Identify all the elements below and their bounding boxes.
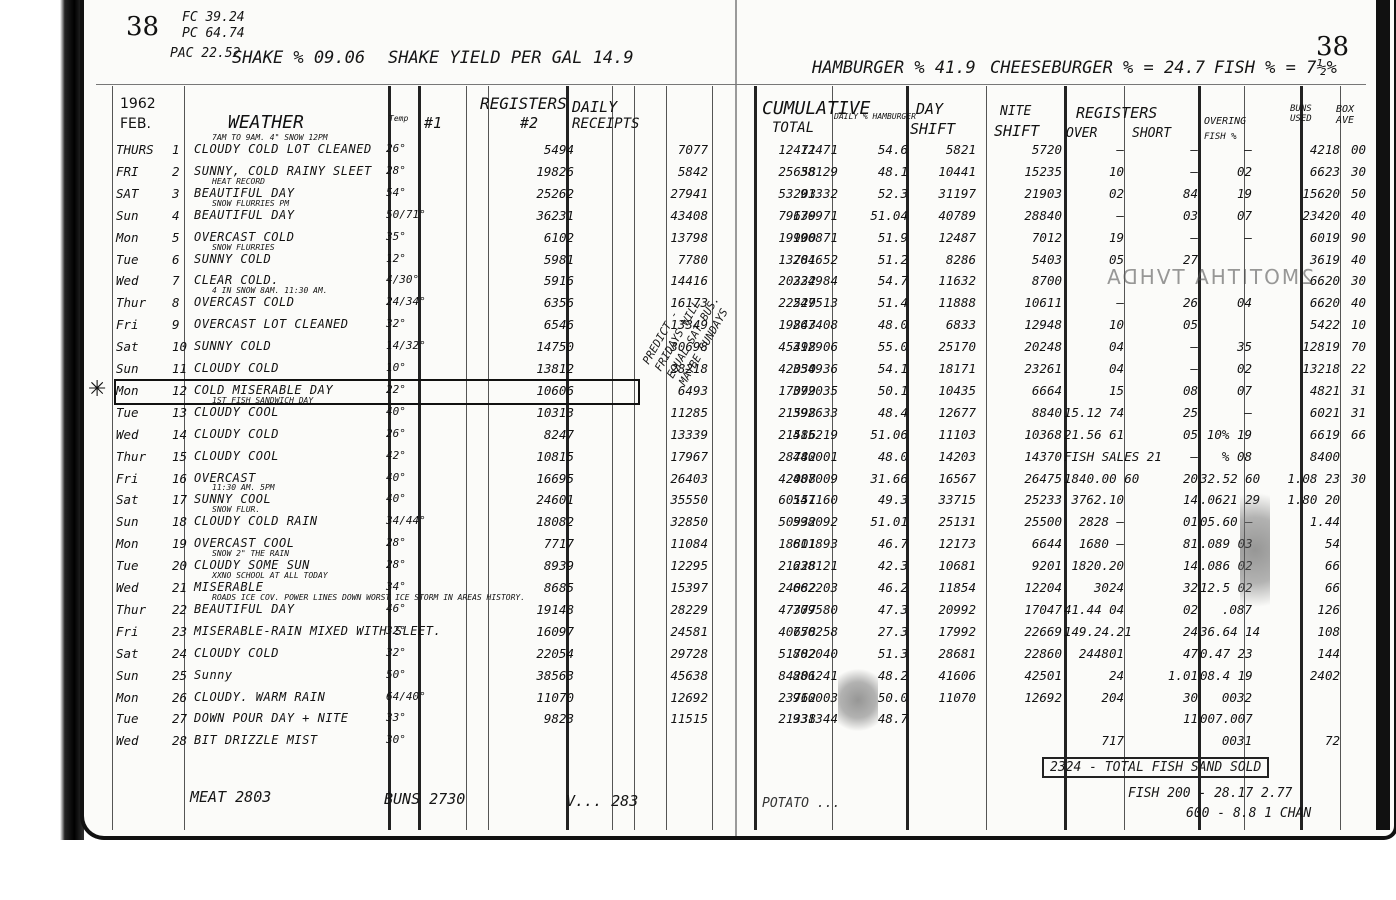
day-header: DAY xyxy=(916,100,943,118)
weather-annotation: HEAT RECORD xyxy=(212,177,265,186)
cell-short: 47 xyxy=(1138,646,1198,661)
cell-cum: 910003 xyxy=(768,690,838,705)
cheeseburger-pct-note: CHEESEBURGER % = 24.7 xyxy=(990,58,1205,78)
cell-over: 244801 xyxy=(1064,646,1124,661)
cell-buns: 54 xyxy=(1286,536,1340,551)
weather-annotation: 7AM TO 9AM. 4" SNOW 12PM xyxy=(212,133,328,142)
cell-r1: 9823 xyxy=(506,711,574,726)
cell-box: 50 xyxy=(1338,186,1366,201)
cell-short: 25 xyxy=(1138,405,1198,420)
cell-nite: 15235 xyxy=(994,164,1062,179)
cell-cum: 931344 xyxy=(768,711,838,726)
cell-temp: 34/44° xyxy=(386,514,416,527)
ledger-row: Mon5OVERCAST COLD35°61021379819900190871… xyxy=(100,230,1360,252)
cell-short: 30 xyxy=(1138,690,1198,705)
cell-box: 10 xyxy=(1338,317,1366,332)
cell-dayshift: 31197 xyxy=(910,186,976,201)
cell-hpct: 51.4 xyxy=(848,295,908,310)
cell-r2: 13798 xyxy=(624,230,708,245)
cell-weather: MISERABLE xyxy=(194,580,484,594)
cell-hpct: 46.7 xyxy=(848,536,908,551)
cell-nite: 25500 xyxy=(994,514,1062,529)
ledger-row: Tue13CLOUDY COOL40°103131128521598392633… xyxy=(100,405,1360,427)
cell-date: 18 xyxy=(172,514,192,529)
cell-weather: SUNNY, COLD RAINY SLEET xyxy=(194,164,484,178)
cell-buns: 6620 xyxy=(1286,295,1340,310)
cell-nite: 26475 xyxy=(994,471,1062,486)
cell-cum: 415219 xyxy=(768,427,838,442)
cell-r1: 24601 xyxy=(506,492,574,507)
cell-cum: 802040 xyxy=(768,646,838,661)
cell-date: 25 xyxy=(172,668,192,683)
cell-nite: 22669 xyxy=(994,624,1062,639)
ledger-row: Sat24CLOUDY COLD32°220542972851782802040… xyxy=(100,646,1360,668)
cell-nite: 21903 xyxy=(994,186,1062,201)
cell-weather: OVERCAST COLD xyxy=(194,295,484,309)
cell-nite: 42501 xyxy=(994,668,1062,683)
cell-fish: 007.007 xyxy=(1200,711,1252,726)
cell-hpct: 54.1 xyxy=(848,361,908,376)
cell-over: 149.24.21 xyxy=(1064,624,1124,639)
cell-r1: 8247 xyxy=(506,427,574,442)
cell-day: Sat xyxy=(116,492,172,507)
cell-weather: DOWN POUR DAY + NITE xyxy=(194,711,484,725)
cell-r1: 16097 xyxy=(506,624,574,639)
cell-fish: 02 xyxy=(1200,361,1252,376)
fish-note-1: FISH 200 - 28.17 2.77 xyxy=(1128,786,1292,801)
cell-day: Wed xyxy=(116,427,172,442)
cell-temp: 28° xyxy=(386,164,416,177)
cell-over: 1820.20 xyxy=(1064,558,1124,573)
month-label: FEB. xyxy=(120,116,151,132)
ledger-row: Wed14CLOUDY COLD26°824713339215864152195… xyxy=(100,427,1360,449)
cell-hpct: 51.04 xyxy=(848,208,908,223)
cell-date: 20 xyxy=(172,558,192,573)
cell-r1: 10815 xyxy=(506,449,574,464)
cell-fish: 35 xyxy=(1200,339,1252,354)
weather-annotation: SNOW FLUR. xyxy=(212,505,260,514)
cell-r2: 5842 xyxy=(624,164,708,179)
cell-cum: 312906 xyxy=(768,339,838,354)
cell-r1: 5981 xyxy=(506,252,574,267)
cell-over: 3024 xyxy=(1064,580,1124,595)
cell-dayshift: 33715 xyxy=(910,492,976,507)
cell-short: — xyxy=(1138,339,1198,354)
cell-nite: 14370 xyxy=(994,449,1062,464)
left-page-number: 38 xyxy=(126,12,159,42)
cell-box: 00 xyxy=(1338,142,1366,157)
fish-pct-header: FISH % xyxy=(1204,132,1237,142)
ledger-row: Fri23MISERABLE-RAIN MIXED WITH SLEET.32°… xyxy=(100,624,1360,646)
overing-header: OVERING xyxy=(1204,116,1246,127)
cell-over: 10 xyxy=(1064,317,1124,332)
cell-r1: 5916 xyxy=(506,273,574,288)
cell-weather: CLOUDY COOL xyxy=(194,405,484,419)
cell-over: 1680 — xyxy=(1064,536,1124,551)
fish-pct-note: FISH % = 7½% xyxy=(1214,58,1337,78)
cell-cum: 91332 xyxy=(768,186,838,201)
ledger-row: Sun4BEAUTIFUL DAY50/71°36231434087963917… xyxy=(100,208,1360,230)
cell-day: Sun xyxy=(116,361,172,376)
cell-weather: CLOUDY COLD xyxy=(194,646,484,660)
cell-temp: 35° xyxy=(386,230,416,243)
cell-cum: 547160 xyxy=(768,492,838,507)
total-fish-sandwich-note: 2324 - TOTAL FISH SAND SOLD xyxy=(1042,757,1269,778)
cell-date: 21 xyxy=(172,580,192,595)
cell-r1: 19826 xyxy=(506,164,574,179)
ledger-row: Sun25Sunny50°38563456388420188624148.241… xyxy=(100,668,1360,690)
year-label: 1962 xyxy=(120,96,156,112)
cell-cum: 487009 xyxy=(768,471,838,486)
cell-r2: 11515 xyxy=(624,711,708,726)
cell-hpct: 46.2 xyxy=(848,580,908,595)
cell-short: 14 xyxy=(1138,558,1198,573)
cell-buns: 1.44 xyxy=(1286,514,1340,529)
cell-r1: 18082 xyxy=(506,514,574,529)
cell-temp: 40° xyxy=(386,471,416,484)
cell-nite: 5403 xyxy=(994,252,1062,267)
cell-hpct: 50.1 xyxy=(848,383,908,398)
cell-fish: — xyxy=(1200,405,1252,420)
cell-over: — xyxy=(1064,208,1124,223)
cell-over: 41.44 04 xyxy=(1064,602,1124,617)
cell-temp: 12° xyxy=(386,252,416,265)
cell-r1: 5494 xyxy=(506,142,574,157)
cell-r1: 22054 xyxy=(506,646,574,661)
cell-cum: 247513 xyxy=(768,295,838,310)
cell-day: Mon xyxy=(116,536,172,551)
cell-buns: 6623 xyxy=(1286,164,1340,179)
cell-dayshift: 5821 xyxy=(910,142,976,157)
cell-buns: 4821 xyxy=(1286,383,1340,398)
cell-nite: 28840 xyxy=(994,208,1062,223)
cell-nite: 12204 xyxy=(994,580,1062,595)
cell-r1: 36231 xyxy=(506,208,574,223)
cell-temp: 50/71° xyxy=(386,208,416,221)
cell-short: — xyxy=(1138,361,1198,376)
cell-r2: 13339 xyxy=(624,427,708,442)
weather-annotation: 4 IN SNOW 8AM. 11:30 AM. xyxy=(212,286,328,295)
cell-temp: 4/30° xyxy=(386,273,416,286)
cell-short: 14 xyxy=(1138,492,1198,507)
cell-over: 24 xyxy=(1064,668,1124,683)
nite-shift-header: SHIFT xyxy=(994,122,1039,140)
cell-r2: 32850 xyxy=(624,514,708,529)
cell-dayshift: 16567 xyxy=(910,471,976,486)
cell-temp: 14/32° xyxy=(386,339,416,352)
cell-r2: 27941 xyxy=(624,186,708,201)
cell-date: 24 xyxy=(172,646,192,661)
cell-box: 30 xyxy=(1338,471,1366,486)
cell-buns: 2402 xyxy=(1286,668,1340,683)
nite-header: NITE xyxy=(1000,104,1031,119)
weather-annotation: SNOW 2" THE RAIN xyxy=(212,549,289,558)
cell-cum: 638121 xyxy=(768,558,838,573)
cell-hpct: 42.3 xyxy=(848,558,908,573)
receipts-header: RECEIPTS xyxy=(572,116,639,132)
cell-day: THURS xyxy=(116,142,172,157)
cell-hpct: 51.01 xyxy=(848,514,908,529)
cell-day: Fri xyxy=(116,624,172,639)
cell-day: Sun xyxy=(116,208,172,223)
cell-r1: 11070 xyxy=(506,690,574,705)
cell-weather: SUNNY COLD xyxy=(194,252,484,266)
cell-date: 5 xyxy=(172,230,192,245)
cell-r2: 17967 xyxy=(624,449,708,464)
cell-fish: 0.47 23 xyxy=(1200,646,1252,661)
cell-cum: 354936 xyxy=(768,361,838,376)
cell-dayshift: 10441 xyxy=(910,164,976,179)
cell-temp: 42° xyxy=(386,449,416,462)
cell-buns: 12819 xyxy=(1286,339,1340,354)
cell-cum: 204652 xyxy=(768,252,838,267)
cell-box: 66 xyxy=(1338,427,1366,442)
cell-cum: 267408 xyxy=(768,317,838,332)
registers-header: REGISTERS xyxy=(480,94,567,113)
cell-temp: 54° xyxy=(386,186,416,199)
cell-nite: 23261 xyxy=(994,361,1062,376)
cell-date: 1 xyxy=(172,142,192,157)
cell-cum: 440001 xyxy=(768,449,838,464)
hamburger-pct-note: HAMBURGER % 41.9 xyxy=(812,58,976,78)
cell-over: 15 xyxy=(1064,383,1124,398)
cell-temp: 64/40° xyxy=(386,690,416,703)
first-fish-sandwich-day-box xyxy=(114,379,640,405)
cell-cum: 611893 xyxy=(768,536,838,551)
cell-fish: 19 xyxy=(1200,186,1252,201)
cell-date: 13 xyxy=(172,405,192,420)
ledger-row: Sat17SUNNY COOL40°2460135550601515471604… xyxy=(100,492,1360,514)
cell-over: 15.12 74 xyxy=(1064,405,1124,420)
day-shift-header: SHIFT xyxy=(910,120,955,138)
cell-r1: 6546 xyxy=(506,317,574,332)
cell-r1: 8939 xyxy=(506,558,574,573)
cell-over: 04 xyxy=(1064,339,1124,354)
cell-day: Wed xyxy=(116,273,172,288)
cell-date: 16 xyxy=(172,471,192,486)
cell-r2: 11084 xyxy=(624,536,708,551)
pac-note: PAC 22.52 xyxy=(170,46,240,61)
cell-day: Thur xyxy=(116,295,172,310)
meat-total-note: MEAT 2803 xyxy=(190,788,271,806)
cell-r2: 7780 xyxy=(624,252,708,267)
cell-cum: 372035 xyxy=(768,383,838,398)
cell-box: 40 xyxy=(1338,208,1366,223)
cell-over: — xyxy=(1064,142,1124,157)
cell-weather: CLOUDY SOME SUN xyxy=(194,558,484,572)
cell-hpct: 51.3 xyxy=(848,646,908,661)
cell-r1: 6102 xyxy=(506,230,574,245)
cell-short: 11 xyxy=(1138,711,1198,726)
cell-over: 02 xyxy=(1064,186,1124,201)
cell-over: 10 xyxy=(1064,164,1124,179)
weather-annotation: ROADS ICE COV. POWER LINES DOWN WORST IC… xyxy=(212,593,525,602)
cell-cum: 598092 xyxy=(768,514,838,529)
book-binding-right xyxy=(1376,0,1390,830)
cell-nite: 8840 xyxy=(994,405,1062,420)
shake-pct-note: SHAKE % 09.06 xyxy=(232,48,365,68)
cell-weather: CLEAR COLD. xyxy=(194,273,484,287)
cell-temp: 50° xyxy=(386,668,416,681)
cell-dayshift: 25131 xyxy=(910,514,976,529)
cell-box: 40 xyxy=(1338,252,1366,267)
cell-short: 03 xyxy=(1138,208,1198,223)
cell-r1: 38563 xyxy=(506,668,574,683)
cell-buns: 8400 xyxy=(1286,449,1340,464)
cell-fish: — xyxy=(1200,142,1252,157)
cell-buns: 23420 xyxy=(1286,208,1340,223)
ledger-row: Tue27DOWN POUR DAY + NITE33°982311515213… xyxy=(100,711,1360,733)
cell-buns: 1.08 23 xyxy=(1286,471,1340,486)
cell-date: 26 xyxy=(172,690,192,705)
cell-day: Tue xyxy=(116,558,172,573)
cell-short: 05 xyxy=(1138,317,1198,332)
cell-temp: 28° xyxy=(386,558,416,571)
over-header: OVER xyxy=(1066,126,1097,141)
cell-r1: 25262 xyxy=(506,186,574,201)
cell-date: 15 xyxy=(172,449,192,464)
cell-box: 30 xyxy=(1338,164,1366,179)
cell-day: Tue xyxy=(116,405,172,420)
cell-cum: 190871 xyxy=(768,230,838,245)
cell-temp: 46° xyxy=(386,602,416,615)
cell-temp: 28° xyxy=(386,536,416,549)
cell-nite: 25233 xyxy=(994,492,1062,507)
cell-date: 3 xyxy=(172,186,192,201)
cell-hpct: 54.6 xyxy=(848,142,908,157)
cell-weather: SUNNY COOL xyxy=(194,492,484,506)
cell-fish: 02 xyxy=(1200,164,1252,179)
cell-buns: 144 xyxy=(1286,646,1340,661)
cell-weather: MISERABLE-RAIN MIXED WITH SLEET. xyxy=(194,624,484,638)
cell-hpct: 52.3 xyxy=(848,186,908,201)
cell-cum: 662203 xyxy=(768,580,838,595)
register-1-header: #1 xyxy=(424,114,442,132)
cell-dayshift: 10435 xyxy=(910,383,976,398)
cell-weather: BEAUTIFUL DAY xyxy=(194,602,484,616)
cell-short: — xyxy=(1138,230,1198,245)
cell-date: 4 xyxy=(172,208,192,223)
cell-cum: 392633 xyxy=(768,405,838,420)
cell-dayshift: 12173 xyxy=(910,536,976,551)
cell-short: 01 xyxy=(1138,514,1198,529)
cell-temp: 34° xyxy=(386,580,416,593)
cell-r2: 43408 xyxy=(624,208,708,223)
ledger-row: Fri9OVERCAST LOT CLEANED32°6546133491984… xyxy=(100,317,1360,339)
cell-hpct: 54.7 xyxy=(848,273,908,288)
ledger-row: Sat10SUNNY COLD14/32°1475030698454983129… xyxy=(100,339,1360,361)
cell-nite: 7012 xyxy=(994,230,1062,245)
cell-date: 7 xyxy=(172,273,192,288)
cell-dayshift: 25170 xyxy=(910,339,976,354)
cell-temp: 40° xyxy=(386,405,416,418)
cell-date: 22 xyxy=(172,602,192,617)
cell-box: 40 xyxy=(1338,295,1366,310)
cell-hpct: 51.2 xyxy=(848,252,908,267)
weather-annotation: XXNO SCHOOL AT ALL TODAY xyxy=(212,571,328,580)
cell-r2: 12692 xyxy=(624,690,708,705)
ledger-row: Mon26CLOUDY. WARM RAIN64/40°110701269223… xyxy=(100,690,1360,712)
cell-weather: CLOUDY. WARM RAIN xyxy=(194,690,484,704)
cell-nite: 12948 xyxy=(994,317,1062,332)
cell-over: 2828 — xyxy=(1064,514,1124,529)
cell-day: Wed xyxy=(116,733,172,748)
cell-fish: 08.4 19 xyxy=(1200,668,1252,683)
cell-day: Tue xyxy=(116,711,172,726)
cell-short: — xyxy=(1138,164,1198,179)
cell-short: 02 xyxy=(1138,602,1198,617)
cell-box: 90 xyxy=(1338,230,1366,245)
cell-dayshift: 14203 xyxy=(910,449,976,464)
cell-fish: 07 xyxy=(1200,383,1252,398)
cell-weather: SUNNY COLD xyxy=(194,339,484,353)
cell-temp: 33° xyxy=(386,711,416,724)
cell-weather: OVERCAST LOT CLEANED xyxy=(194,317,484,331)
cell-buns: 6019 xyxy=(1286,230,1340,245)
cell-hpct: 51.06 xyxy=(848,427,908,442)
cell-day: Sat xyxy=(116,646,172,661)
cell-over: 1840.00 60 xyxy=(1064,471,1124,486)
ink-smudge xyxy=(1240,470,1270,630)
cell-nite: 5720 xyxy=(994,142,1062,157)
cell-hpct: 49.3 xyxy=(848,492,908,507)
cell-fish: 04 xyxy=(1200,295,1252,310)
cell-date: 17 xyxy=(172,492,192,507)
cell-dayshift: 41606 xyxy=(910,668,976,683)
cell-dayshift: 10681 xyxy=(910,558,976,573)
ledger-row: Fri16OVERCAST40°16695264034200848700931.… xyxy=(100,471,1360,493)
cell-short: 20 xyxy=(1138,471,1198,486)
cell-buns: 15620 xyxy=(1286,186,1340,201)
cell-weather: CLOUDY COOL xyxy=(194,449,484,463)
cell-dayshift: 11632 xyxy=(910,273,976,288)
cell-hpct: 55.0 xyxy=(848,339,908,354)
fc-note: FC 39.24 xyxy=(182,10,245,25)
cell-nite: 10368 xyxy=(994,427,1062,442)
cell-fish: 10% 19 xyxy=(1200,427,1252,442)
cell-r2: 29728 xyxy=(624,646,708,661)
cell-fish: — xyxy=(1200,230,1252,245)
cell-day: Sun xyxy=(116,668,172,683)
cell-date: 19 xyxy=(172,536,192,551)
cell-hpct: 48.4 xyxy=(848,405,908,420)
cell-dayshift: 12487 xyxy=(910,230,976,245)
cell-hpct: 48.0 xyxy=(848,317,908,332)
daily-header: DAILY xyxy=(572,98,617,116)
cell-weather: Sunny xyxy=(194,668,484,682)
cell-cum: 170971 xyxy=(768,208,838,223)
cell-r1: 19148 xyxy=(506,602,574,617)
cell-weather: OVERCAST COLD xyxy=(194,230,484,244)
ledger-row: Sun18CLOUDY COLD RAIN34/44°1808232850509… xyxy=(100,514,1360,536)
cell-day: Tue xyxy=(116,252,172,267)
cell-hpct: 48.0 xyxy=(848,449,908,464)
cell-dayshift: 6833 xyxy=(910,317,976,332)
cell-r2: 35550 xyxy=(624,492,708,507)
cell-cum: 224984 xyxy=(768,273,838,288)
cell-nite: 10611 xyxy=(994,295,1062,310)
cell-day: Fri xyxy=(116,317,172,332)
short-header: SHORT xyxy=(1132,126,1171,141)
cell-over: 717 xyxy=(1064,733,1124,748)
cell-r2: 7077 xyxy=(624,142,708,157)
cell-hpct: 31.66 xyxy=(848,471,908,486)
cell-over: 3762.10 xyxy=(1064,492,1124,507)
cell-day: Mon xyxy=(116,230,172,245)
cell-weather: CLOUDY COLD RAIN xyxy=(194,514,484,528)
potato-note: POTATO ... xyxy=(762,796,840,811)
cell-day: Wed xyxy=(116,580,172,595)
